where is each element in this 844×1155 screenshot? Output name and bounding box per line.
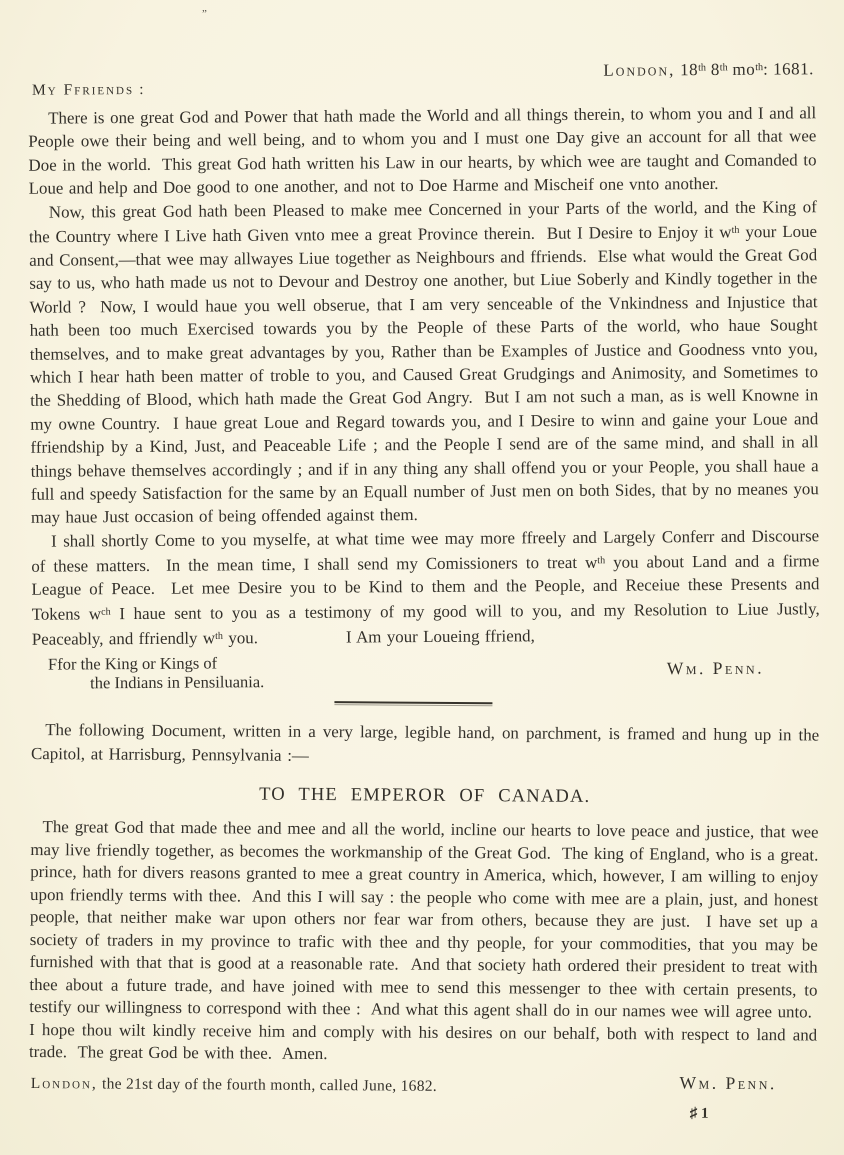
letter1-signature: Wm. Penn. [667, 658, 764, 680]
letter2-paragraph-1: The great God that made thee and mee and… [29, 816, 819, 1069]
letter1-addressee-line1: Ffor the King or Kings of [48, 653, 264, 674]
letter2-heading: TO THE EMPEROR OF CANADA. [31, 783, 819, 810]
section-divider-rule [334, 701, 492, 706]
letter-penn-to-indians: London, 18th 8th moth: 1681. My Ffriends… [28, 59, 820, 692]
stray-print-mark: ” [202, 8, 207, 20]
letter2-signature: Wm. Penn. [680, 1072, 777, 1094]
second-document-group: The following Document, written in a ver… [29, 699, 820, 1123]
letter1-addressee-line2: the Indians in Pensiluania. [48, 672, 264, 693]
letter-to-emperor-of-canada: TO THE EMPEROR OF CANADA. The great God … [29, 783, 819, 1123]
letter1-paragraph-2: Now, this great God hath been Pleased to… [29, 195, 819, 530]
letter1-valediction: I Am your Loueing ffriend, [346, 626, 535, 646]
letter1-header: London, 18th 8th moth: 1681. My Ffriends… [28, 59, 816, 107]
letter1-dateline: London, 18th 8th moth: 1681. [603, 59, 814, 80]
letter1-paragraph-1: There is one great God and Power that ha… [28, 101, 817, 200]
letter1-paragraph-3: I shall shortly Come to you myselfe, at … [31, 524, 820, 651]
letter2-closing: London, the 21st day of the fourth month… [29, 1067, 817, 1098]
letter1-signature-block: Ffor the King or Kings of the Indians in… [32, 649, 820, 693]
letter1-salutation: My Ffriends : [32, 81, 146, 100]
editorial-note: The following Document, written in a ver… [31, 718, 819, 772]
printers-signature-mark: ♯ 1 [29, 1100, 817, 1123]
letter1-addressee: Ffor the King or Kings of the Indians in… [48, 653, 264, 693]
letter2-dateline: London, the 21st day of the fourth month… [31, 1074, 437, 1095]
scanned-document-page: ” London, 18th 8th moth: 1681. My Ffrien… [0, 0, 844, 1155]
